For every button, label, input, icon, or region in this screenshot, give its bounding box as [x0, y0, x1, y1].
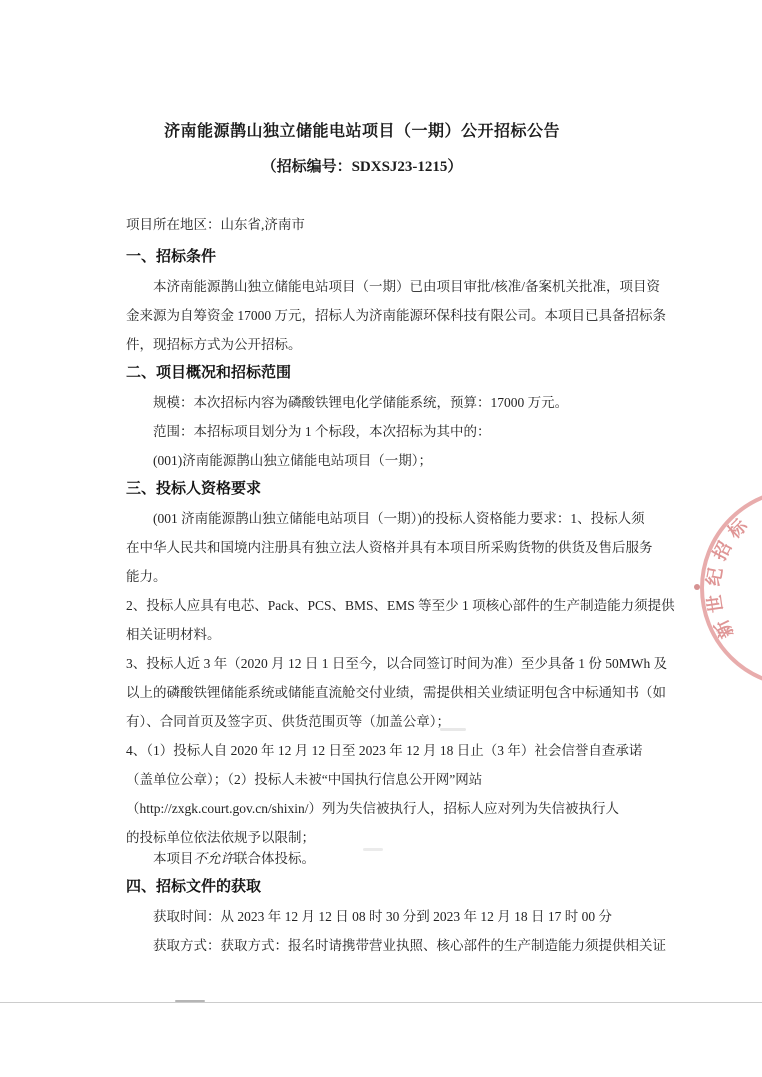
scan-smudge — [363, 848, 383, 851]
text-line: 规模：本次招标内容为磷酸铁锂电化学储能系统，预算：17000 万元。 — [126, 388, 646, 417]
text-line: 本济南能源鹊山独立储能电站项目（一期）已由项目审批/核准/备案机关批准，项目资 — [126, 272, 646, 301]
scan-edge-line — [0, 1002, 762, 1003]
section-heading: 四、招标文件的获取 — [126, 873, 646, 902]
text-line: 范围：本招标项目划分为 1 个标段，本次招标为其中的： — [126, 417, 646, 446]
text-line: （盖单位公章）；（2）投标人未被“中国执行信息公开网”网站 — [126, 765, 646, 794]
scan-edge-mark — [175, 1000, 205, 1002]
svg-text:新世纪招标: 新世纪招标 — [702, 510, 756, 642]
project-location: 项目所在地区：山东省,济南市 — [126, 217, 642, 233]
scan-smudge — [440, 728, 466, 731]
text-line: （http://zxgk.court.gov.cn/shixin/）列为失信被执… — [126, 794, 646, 823]
text-line: 相关证明材料。 — [126, 620, 646, 649]
text-line: (001)济南能源鹊山独立储能电站项目（一期）； — [126, 446, 646, 475]
stamp-ring-icon: 新世纪招标 — [690, 495, 762, 690]
text-line: 本项目不允许联合体投标。 — [126, 844, 646, 873]
company-stamp-seal: 新世纪招标 — [690, 495, 762, 690]
text-line: 4、（1）投标人自 2020 年 12 月 12 日至 2023 年 12 月 … — [126, 736, 646, 765]
text-span: 联合体投标。 — [234, 851, 315, 866]
text-line: 获取时间：从 2023 年 12 月 12 日 08 时 30 分到 2023 … — [126, 902, 646, 931]
tender-number: （招标编号：SDXSJ23-1215） — [104, 157, 620, 177]
document-page: 济南能源鹊山独立储能电站项目（一期）公开招标公告 （招标编号：SDXSJ23-1… — [0, 0, 762, 1077]
page-title: 济南能源鹊山独立储能电站项目（一期）公开招标公告 — [104, 121, 620, 143]
text-line: 获取方式：获取方式：报名时请携带营业执照、核心部件的生产制造能力须提供相关证 — [126, 931, 646, 960]
emphasized-text: 不允许 — [194, 851, 235, 866]
text-span: 本项目 — [153, 851, 194, 866]
section-heading: 三、投标人资格要求 — [126, 475, 646, 504]
text-line: 能力。 — [126, 562, 646, 591]
document-body: 一、招标条件本济南能源鹊山独立储能电站项目（一期）已由项目审批/核准/备案机关批… — [126, 243, 646, 960]
text-line: 3、投标人近 3 年（2020 月 12 日 1 日至今，以合同签订时间为准）至… — [126, 649, 646, 678]
text-line: 2、投标人应具有电芯、Pack、PCS、BMS、EMS 等至少 1 项核心部件的… — [126, 591, 646, 620]
stamp-dot-icon — [694, 584, 700, 590]
text-line: (001 济南能源鹊山独立储能电站项目（一期）)的投标人资格能力要求：1、投标人… — [126, 504, 646, 533]
text-line: 在中华人民共和国境内注册具有独立法人资格并具有本项目所采购货物的供货及售后服务 — [126, 533, 646, 562]
text-line: 以上的磷酸铁锂储能系统或储能直流舱交付业绩，需提供相关业绩证明包含中标通知书（如 — [126, 678, 646, 707]
text-line: 有）、合同首页及签字页、供货范围页等（加盖公章）； — [126, 707, 646, 736]
text-line: 件，现招标方式为公开招标。 — [126, 330, 646, 359]
section-heading: 一、招标条件 — [126, 243, 646, 272]
section-heading: 二、项目概况和招标范围 — [126, 359, 646, 388]
stamp-text: 新世纪招标 — [702, 510, 756, 642]
text-line: 金来源为自筹资金 17000 万元，招标人为济南能源环保科技有限公司。本项目已具… — [126, 301, 646, 330]
